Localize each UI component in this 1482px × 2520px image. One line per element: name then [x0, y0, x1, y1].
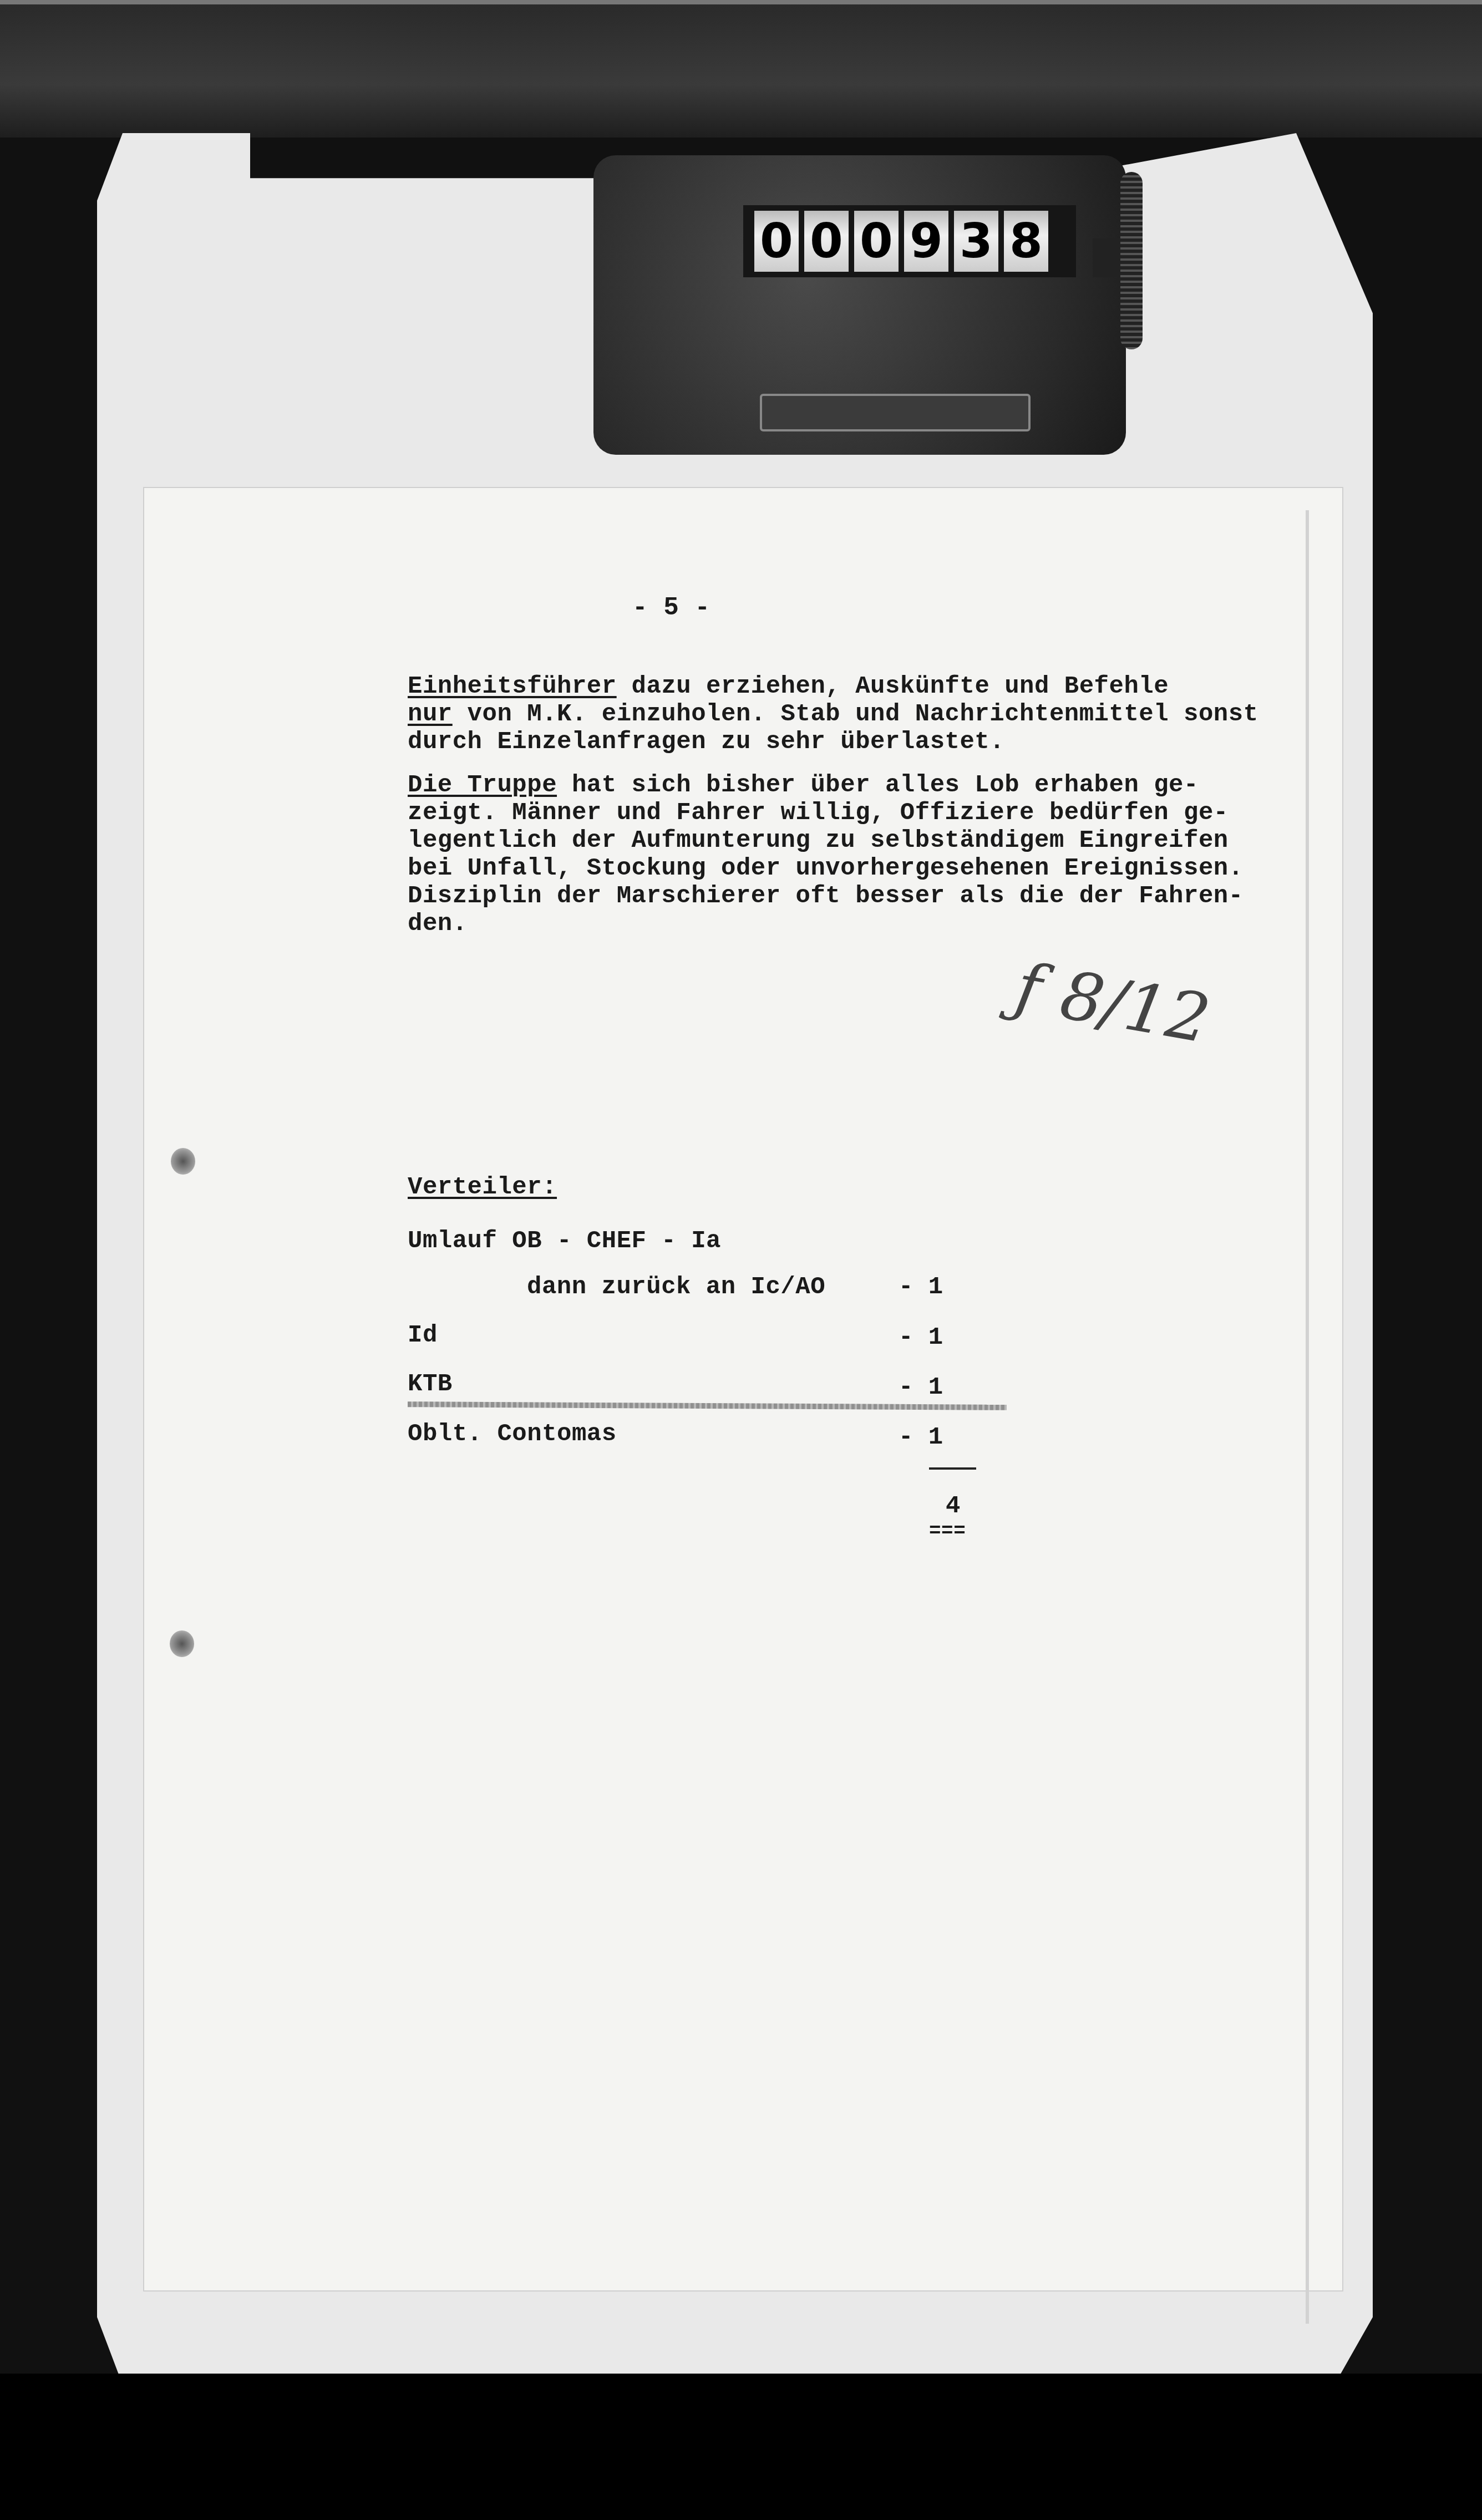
- sum-underline: [929, 1467, 976, 1470]
- paragraph-2-line-1: Die Truppe hat sich bisher über alles Lo…: [408, 771, 1199, 800]
- document-page: [144, 488, 1342, 2290]
- distribution-count: - 1: [899, 1373, 965, 1403]
- distribution-count: - 1: [899, 1323, 965, 1353]
- distribution-heading: Verteiler:: [408, 1173, 557, 1202]
- counter-digit: 0: [754, 211, 799, 272]
- counter-display: 0 0 0 9 3 8: [743, 205, 1076, 277]
- mechanical-counter: 0 0 0 9 3 8: [560, 139, 1143, 471]
- distribution-count: - 1: [899, 1423, 965, 1452]
- distribution-entry: Id: [408, 1321, 438, 1350]
- paragraph-1-line-2-text: von M.K. einzuholen. Stab und Nachrichte…: [408, 700, 1258, 729]
- page-number: - 5 -: [632, 593, 710, 623]
- paragraph-1-line-3: durch Einzelanfragen zu sehr überlastet.: [408, 728, 1004, 757]
- counter-digit: 8: [1004, 211, 1048, 272]
- distribution-entry: dann zurück an Ic/AO: [527, 1273, 825, 1302]
- underlined-term: Die Truppe: [408, 771, 557, 799]
- text: hat sich bisher über alles Lob erhaben g…: [557, 771, 1199, 799]
- counter-knob-icon: [1120, 172, 1143, 349]
- counter-body: 0 0 0 9 3 8: [593, 155, 1126, 455]
- paragraph-2-line-3: legentlich der Aufmunterung zu selbständ…: [408, 826, 1229, 856]
- total-double-underline: ===: [929, 1517, 966, 1546]
- counter-nameplate: [760, 394, 1031, 431]
- distribution-entry: Umlauf OB - CHEF - Ia: [408, 1227, 721, 1256]
- text: dazu erziehen, Auskünfte und Befehle: [617, 673, 1169, 700]
- punch-hole-icon: [170, 1630, 194, 1657]
- paragraph-2-line-4: bei Unfall, Stockung oder unvorhergesehe…: [408, 854, 1244, 883]
- distribution-entry: Oblt. Contomas: [408, 1420, 617, 1449]
- paragraph-2-line-5: Disziplin der Marschierer oft besser als…: [408, 882, 1244, 911]
- paragraph-1-line-1: Einheitsführer dazu erziehen, Auskünfte …: [408, 672, 1169, 702]
- punch-hole-icon: [171, 1148, 195, 1175]
- scanner-background-bottom: [0, 2374, 1482, 2520]
- counter-digit: 3: [954, 211, 998, 272]
- counter-digit: 0: [804, 211, 849, 272]
- counter-digit: 9: [904, 211, 948, 272]
- paragraph-2-line-2: zeigt. Männer und Fahrer willig, Offizie…: [408, 799, 1229, 828]
- underlined-term: Einheitsführer: [408, 673, 617, 700]
- distribution-entry: KTB: [408, 1370, 453, 1399]
- paragraph-2-line-6: den.: [408, 910, 468, 939]
- counter-digit: 0: [854, 211, 899, 272]
- distribution-count: - 1: [899, 1273, 965, 1302]
- scanner-background-top: [0, 0, 1482, 138]
